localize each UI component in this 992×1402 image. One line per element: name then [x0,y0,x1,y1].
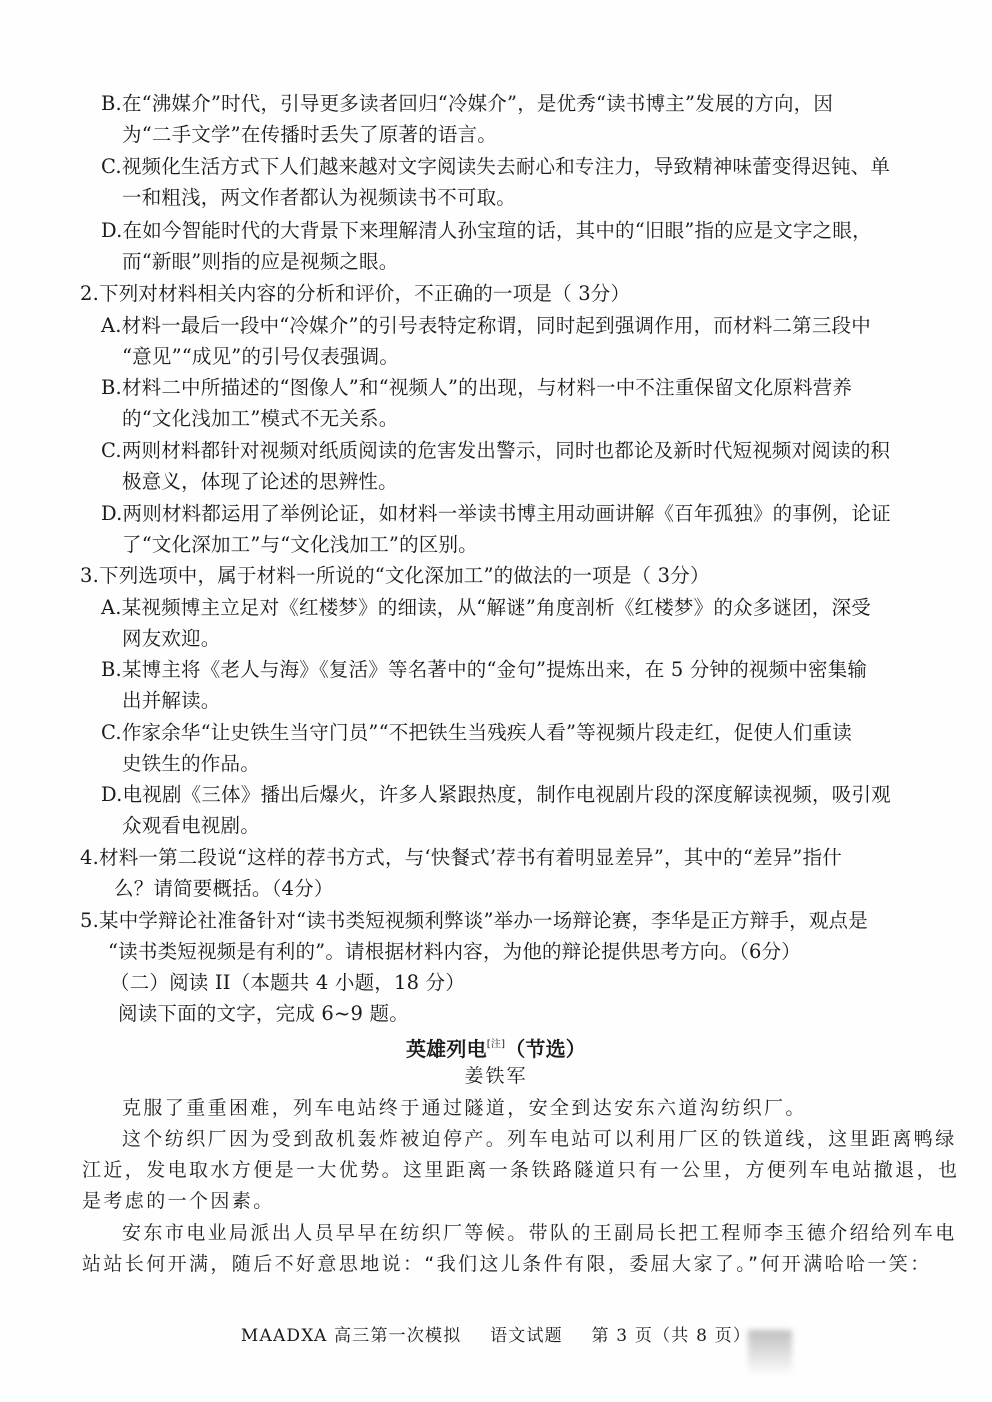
passage-line: 是考虑的一个因素。 [82,1189,275,1213]
q3-option-a-cont: 网友欢迎。 [122,627,221,651]
q2-option-d-cont: 了“文化深加工”与“文化浅加工”的区别。 [122,533,478,557]
q2-option-a-cont: “意见”“成见”的引号仅表强调。 [122,345,399,369]
passage-title: 英雄列电[注]（节选） [0,1033,992,1057]
q3-option-b: B.某博主将《老人与海》《复活》等名著中的“金句”提炼出来，在 5 分钟的视频中… [101,658,867,682]
footer-subject: 语文试题 [490,1326,563,1346]
section-heading: （二）阅读 II（本题共 4 小题，18 分） [110,971,465,995]
q4-line1: 4.材料一第二段说“这样的荐书方式，与‘快餐式’荐书有着明显差异”，其中的“差异… [80,846,842,870]
section-instruction: 阅读下面的文字，完成 6~9 题。 [118,1002,409,1026]
q3-stem: 3.下列选项中，属于材料一所说的“文化深加工”的做法的一项是（ 3分） [80,564,710,588]
q2-option-b: B.材料二中所描述的“图像人”和“视频人”的出现，与材料一中不注重保留文化原料营… [101,376,852,400]
footer-exam: 高三第一次模拟 [334,1326,461,1346]
q2-option-d: D.两则材料都运用了举例论证，如材料一举读书博主用动画讲解《百年孤独》的事例，论… [101,502,891,526]
passage-line: 江近，发电取水方便是一大优势。这里距离一条铁路隧道只有一公里，方便列车电站撤退，… [82,1158,959,1182]
q3-option-c-cont: 史铁生的作品。 [122,752,260,776]
page-footer: MAADXA 高三第一次模拟 语文试题 第 3 页（共 8 页） [0,1324,992,1348]
q2-option-c-cont: 极意义，体现了论述的思辨性。 [122,470,398,494]
q5-line1: 5.某中学辩论社准备针对“读书类短视频利弊谈”举办一场辩论赛，李华是正方辩手，观… [80,909,868,933]
exam-page: B.在“沸媒介”时代，引导更多读者回归“冷媒介”，是优秀“读书博主”发展的方向，… [0,0,992,1402]
scan-smudge [748,1330,792,1376]
q5-line2: “读书类短视频是有利的”。请根据材料内容，为他的辩论提供思考方向。（6分） [108,940,801,964]
q2-option-a: A.材料一最后一段中“冷媒介”的引号表特定称谓，同时起到强调作用，而材料二第三段… [101,314,871,338]
q2-stem: 2.下列对材料相关内容的分析和评价，不正确的一项是（ 3分） [80,282,630,306]
q1-option-b: B.在“沸媒介”时代，引导更多读者回归“冷媒介”，是优秀“读书博主”发展的方向，… [101,92,833,116]
q3-option-d: D.电视剧《三体》播出后爆火，许多人紧跟热度，制作电视剧片段的深度解读视频，吸引… [101,783,891,807]
q2-option-c: C.两则材料都针对视频对纸质阅读的危害发出警示，同时也都论及新时代短视频对阅读的… [101,439,890,463]
passage-line: 克服了重重困难，列车电站终于通过隧道，安全到达安东六道沟纺织厂。 [122,1096,807,1120]
passage-line: 这个纺织厂因为受到敌机轰炸被迫停产。列车电站可以利用厂区的铁道线，这里距离鸭绿 [122,1127,957,1151]
q1-option-c: C.视频化生活方式下人们越来越对文字阅读失去耐心和专注力，导致精神味蕾变得迟钝、… [101,155,890,179]
q3-option-b-cont: 出并解读。 [122,689,221,713]
passage-author: 姜铁军 [0,1064,992,1088]
q1-option-b-cont: 为“二手文学”在传播时丢失了原著的语言。 [122,123,497,147]
passage-line: 站站长何开满，随后不好意思地说：“我们这儿条件有限，委屈大家了。”何开满哈哈一笑… [82,1252,932,1276]
q4-line2: 么？请简要概括。（4分） [114,877,334,901]
q1-option-d: D.在如今智能时代的大背景下来理解清人孙宝瑄的话，其中的“旧眼”指的应是文字之眼… [101,219,872,243]
q3-option-d-cont: 众观看电视剧。 [122,814,260,838]
title-note: [注] [487,1039,505,1050]
passage-line: 安东市电业局派出人员早早在纺织厂等候。带队的王副局长把工程师李玉德介绍给列车电 [122,1221,957,1245]
q2-option-b-cont: 的“文化浅加工”模式不无关系。 [122,407,398,431]
q3-option-c: C.作家余华“让史铁生当守门员”“不把铁生当残疾人看”等视频片段走红，促使人们重… [101,721,852,745]
q1-option-c-cont: 一和粗浅，两文作者都认为视频读书不可取。 [122,186,516,210]
footer-code: MAADXA [241,1326,328,1346]
q1-option-d-cont: 而“新眼”则指的应是视频之眼。 [122,250,398,274]
footer-page: 第 3 页（共 8 页） [591,1326,751,1346]
q3-option-a: A.某视频博主立足对《红楼梦》的细读，从“解谜”角度剖析《红楼梦》的众多谜团，深… [101,596,871,620]
